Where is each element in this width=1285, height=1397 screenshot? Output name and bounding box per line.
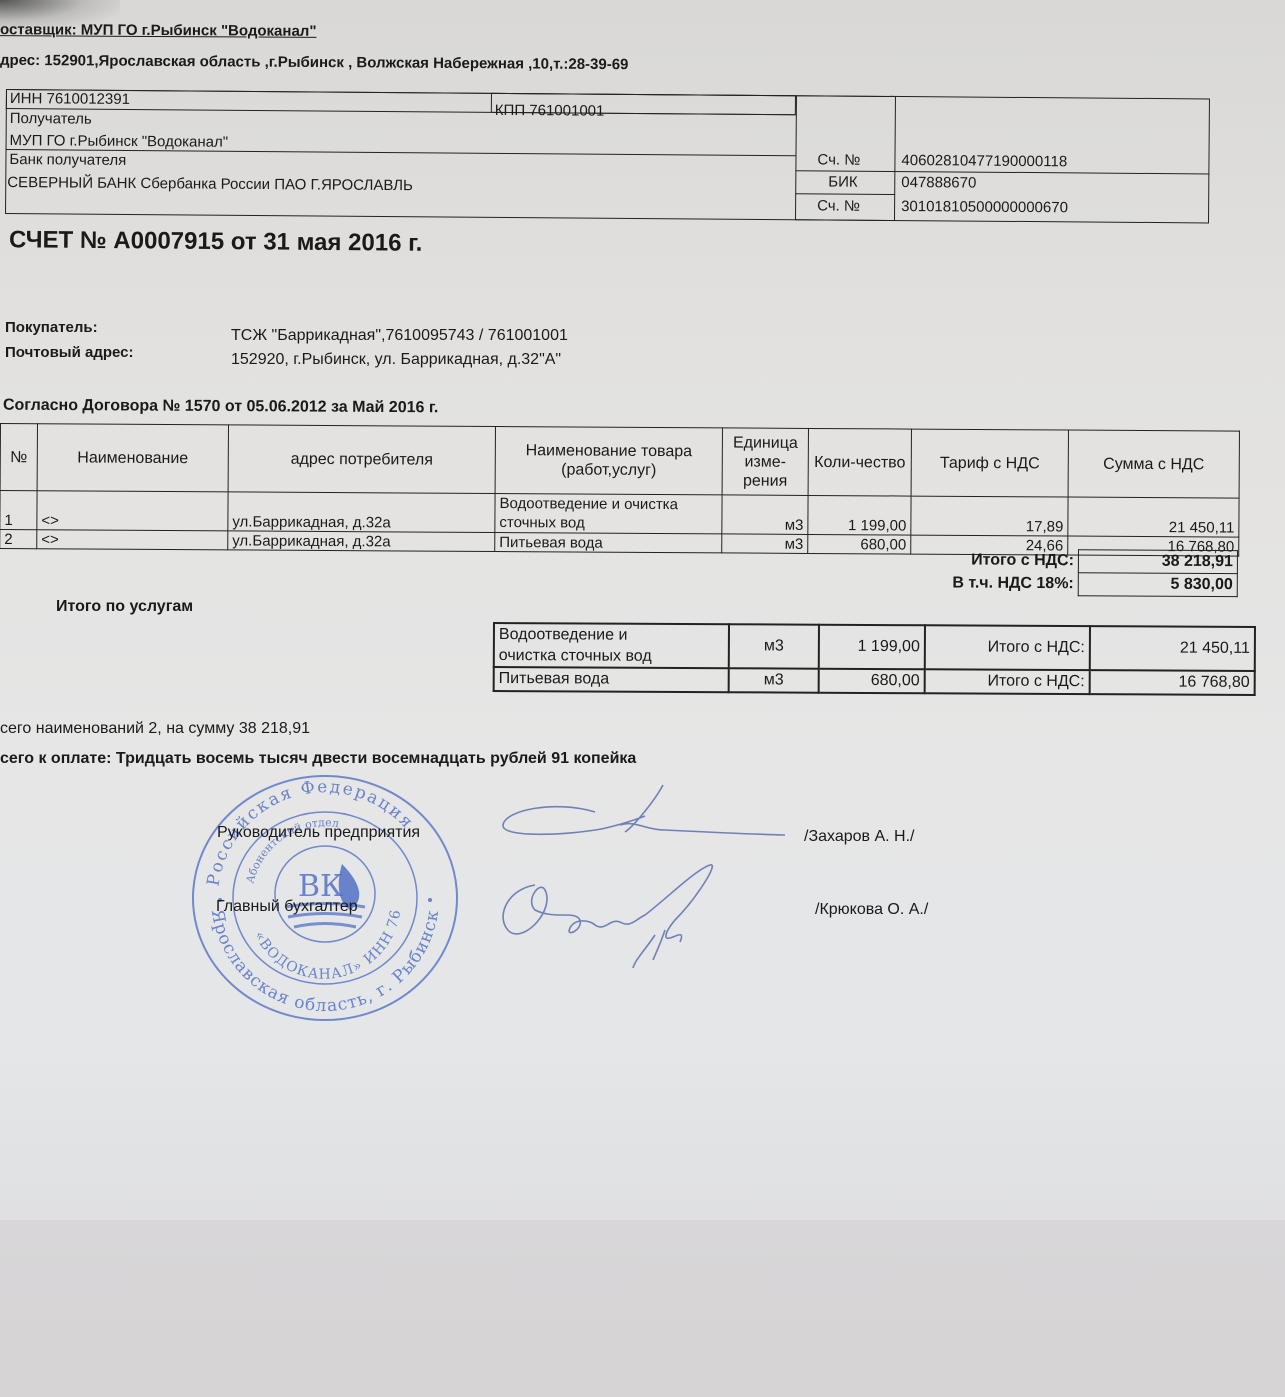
col-number: № [0, 424, 37, 491]
col-sum: Сумма с НДС [1068, 430, 1239, 498]
summary-row: Водоотведение иочистка сточных вод м3 1 … [494, 623, 1255, 671]
service-line-1: Водоотведение и очистка [499, 495, 678, 513]
total-value: 38 218,91 [1078, 550, 1237, 574]
bik-value: 047888670 [901, 174, 976, 192]
bank-name: СЕВЕРНЫЙ БАНК Сбербанка России ПАО Г.ЯРО… [7, 174, 413, 194]
paper-fold [0, 1220, 1285, 1397]
row-number: 1 [0, 491, 37, 530]
service-line-2: очистка сточных вод [499, 647, 652, 665]
vat-value: 5 830,00 [1078, 573, 1237, 597]
summary-service: Водоотведение иочистка сточных вод [494, 623, 729, 668]
invoice-title: СЧЕТ № А0007915 от 31 мая 2016 г. [9, 226, 423, 258]
summary-label: Итого с НДС: [925, 669, 1090, 694]
row-tariff: 17,89 [911, 496, 1068, 536]
supplier-line: оставщик: МУП ГО г.Рыбинск "Водоканал" [0, 21, 317, 40]
service-line-1: Водоотведение и [499, 626, 628, 644]
col-service: Наименование товара (работ,услуг) [495, 427, 722, 495]
row-quantity: 1 199,00 [808, 495, 911, 535]
contract-line: Согласно Договора № 1570 от 05.06.2012 з… [3, 397, 438, 418]
amount-in-words: сего к оплате: Тридцать восемь тысяч две… [0, 750, 636, 768]
bank-label: Банк получателя [9, 151, 126, 169]
postal-value: 152920, г.Рыбинск, ул. Баррикадная, д.32… [231, 351, 561, 369]
row-unit: м3 [722, 534, 808, 554]
totals-table: Итого с НДС: 38 218,91 В т.ч. НДС 18%: 5… [880, 548, 1238, 597]
services-summary-table: Водоотведение иочистка сточных вод м3 1 … [493, 622, 1256, 696]
director-signature [495, 780, 795, 850]
col-tariff: Тариф с НДС [911, 429, 1068, 497]
bank-details-table: ИНН 7610012391 КПП 761001001 Получатель … [5, 89, 1210, 223]
inn: ИНН 7610012391 [10, 90, 130, 108]
accountant-signature [495, 860, 755, 980]
row-unit: м3 [722, 495, 808, 535]
summary-sum: 16 768,80 [1090, 670, 1255, 695]
summary-service: Питьевая вода [494, 667, 729, 692]
table-header-row: № Наименование адрес потребителя Наимено… [0, 424, 1239, 499]
row-name: <> [37, 530, 228, 550]
summary-label: Итого с НДС: [925, 625, 1090, 670]
bik-label: БИК [828, 173, 858, 190]
summary-quantity: 1 199,00 [819, 625, 925, 670]
accountant-name: /Крюкова О. А./ [815, 901, 928, 919]
summary-quantity: 680,00 [819, 669, 925, 694]
row-name: <> [37, 491, 228, 531]
col-unit: Единица изме-рения [722, 428, 808, 496]
col-name: Наименование [37, 424, 228, 492]
summary-row: Питьевая вода м3 680,00 Итого с НДС: 16 … [494, 667, 1255, 695]
kpp: КПП 761001001 [495, 102, 605, 120]
row-service: Водоотведение и очисткасточных вод [495, 494, 722, 534]
summary-unit: м3 [729, 668, 819, 692]
vat-label: В т.ч. НДС 18%: [880, 571, 1079, 595]
corr-account-label: Сч. № [817, 197, 860, 214]
director-label: Руководитель предприятия [217, 824, 420, 842]
items-summary: сего наименований 2, на сумму 38 218,91 [0, 720, 310, 738]
summary-unit: м3 [729, 624, 819, 668]
director-name: /Захаров А. Н./ [804, 828, 914, 846]
col-address: адрес потребителя [228, 425, 495, 494]
recipient-name: МУП ГО г.Рыбинск "Водоканал" [10, 132, 229, 151]
invoice-page: оставщик: МУП ГО г.Рыбинск "Водоканал" д… [0, 0, 1285, 1397]
row-service: Питьевая вода [495, 533, 722, 553]
postal-label: Почтовый адрес: [5, 344, 134, 361]
row-sum: 21 450,11 [1068, 497, 1239, 537]
row-address: ул.Баррикадная, д.32а [228, 531, 495, 552]
buyer-label: Покупатель: [5, 319, 98, 336]
supplier-address: дрес: 152901,Ярославская область ,г.Рыби… [0, 52, 628, 73]
recipient-label: Получатель [10, 110, 92, 128]
col-quantity: Коли-чество [808, 428, 911, 496]
services-summary-title: Итого по услугам [56, 598, 193, 616]
accountant-label: Главный бухгалтер [216, 898, 358, 916]
account-number: 40602810477190000118 [901, 152, 1067, 170]
service-line-2: сточных вод [499, 514, 584, 532]
total-label: Итого с НДС: [880, 549, 1079, 573]
items-table: № Наименование адрес потребителя Наимено… [0, 423, 1240, 557]
row-number: 2 [0, 530, 37, 549]
buyer-value: ТСЖ "Баррикадная",7610095743 / 761001001 [231, 327, 568, 345]
summary-sum: 21 450,11 [1090, 626, 1255, 671]
row-address: ул.Баррикадная, д.32а [228, 492, 495, 533]
account-label: Сч. № [817, 151, 860, 168]
corr-account-number: 30101810500000000670 [901, 198, 1068, 216]
